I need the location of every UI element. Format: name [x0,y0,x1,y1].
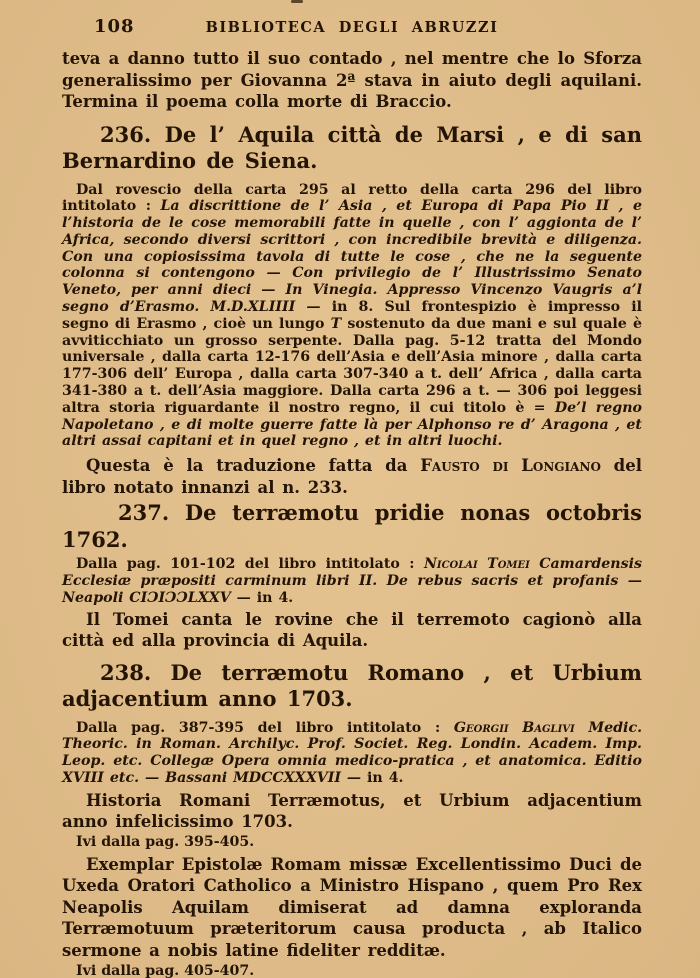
entry-238-bibliographic-note: Dalla pag. 387-395 del libro intitolato … [62,720,642,787]
continuation-paragraph: teva a danno tutto il suo contado , nel … [62,48,642,113]
entry-238-commentary-2: Exemplar Epistolæ Romam missæ Excellenti… [62,854,642,962]
entry-236-bibliographic-note: Dal rovescio della carta 295 al retto de… [62,182,642,451]
entry-237-heading: 237. De terræmotu pridie nonas octobris … [62,500,642,553]
entry-236-commentary: Questa è la traduzione fatta da Fausto d… [62,455,642,498]
page-header: 108 BIBLIOTECA DEGLI ABRUZZI [62,16,642,42]
entry-237-commentary: Il Tomei canta le rovine che il terremot… [62,609,642,652]
scan-artifact-top [291,0,303,3]
running-title: BIBLIOTECA DEGLI ABRUZZI [62,19,642,36]
entry-238-heading: 238. De terræmotu Romano , et Urbium adj… [62,660,642,713]
entry-238-page-reference-2: Ivi dalla pag. 405-407. [62,963,642,978]
entry-238-page-reference-1: Ivi dalla pag. 395-405. [62,834,642,851]
entry-237-bibliographic-note: Dalla pag. 101-102 del libro intitolato … [62,556,642,606]
entry-238-commentary-1: Historia Romani Terræmotus, et Urbium ad… [62,790,642,833]
entry-236-heading: 236. De l’ Aquila città de Marsi , e di … [62,122,642,175]
book-page: 108 BIBLIOTECA DEGLI ABRUZZI teva a dann… [62,16,642,978]
